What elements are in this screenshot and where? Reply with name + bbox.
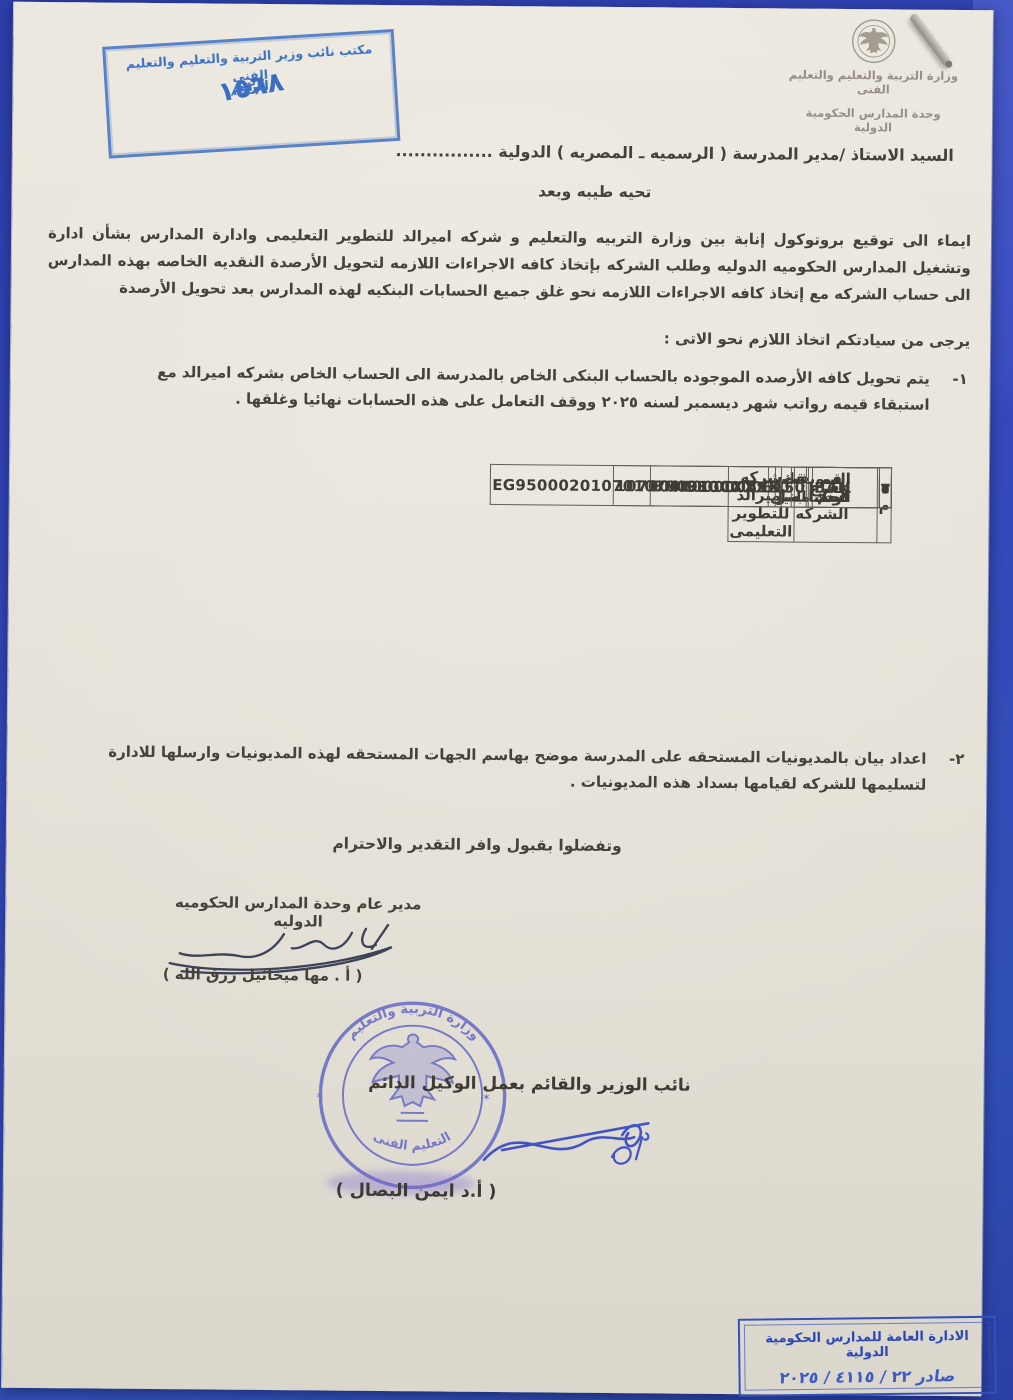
letterhead: وزارة التربية والتعليم والتعليم الفنى وح… (785, 16, 962, 135)
row-number-cell: ٥ (879, 468, 892, 508)
scanned-letter-page: مكتب نائب وزير التربية والتعليم والتعليم… (2, 2, 993, 1396)
bank-account-table: م اسم الشركه شركه اميرالد للتطوير التعلي… (59, 460, 892, 467)
salutation-line: السيد الاستاذ /مدير المدرسة ( الرسميه ـ … (395, 141, 953, 165)
stamp-ornament-left: ✶ (315, 1089, 324, 1102)
issue-stamp-title: الادارة العامة للمدارس الحكومية الدولية (749, 1329, 985, 1362)
row-value-cell: EG950002010701070001000006150 (491, 464, 807, 507)
issue-stamp: الادارة العامة للمدارس الحكومية الدولية … (738, 1316, 997, 1397)
signer1-name: ( أ . مها ميخائيل رزق الله ) (138, 965, 388, 985)
letterhead-ministry: وزارة التربية والتعليم والتعليم الفنى (785, 67, 961, 97)
list-item-1-text: يتم تحويل كافه الأرصده الموجوده بالحساب … (157, 363, 930, 414)
list-item-2-number: ٢- (949, 746, 965, 772)
official-stamp-bottom-text: التعليم الفنى (371, 1129, 454, 1155)
intro-paragraph: ايماء الى توقيع بروتوكول إنابة بين وزارة… (47, 220, 971, 309)
received-stamp-year: ٢٠م (238, 79, 264, 96)
issue-stamp-handwritten-line: صادر ٢٢ / ٤١١٥ / ٢٠٢٥ (748, 1366, 986, 1388)
request-line: يرجى من سيادتكم اتخاذ اللازم نحو الاتى : (664, 329, 970, 350)
ministry-eagle-emblem-icon (848, 17, 900, 65)
svg-text:التعليم الفنى: التعليم الفنى (371, 1129, 454, 1155)
list-item-1: ١- يتم تحويل كافه الأرصده الموجوده بالحس… (103, 359, 968, 419)
signer2-name: ( أ.د ايمن البصال ) (336, 1181, 497, 1202)
received-stamp: مكتب نائب وزير التربية والتعليم والتعليم… (102, 29, 400, 159)
row-label-cell: IBAN (807, 467, 880, 508)
signer2-initials-scribble (600, 1123, 654, 1169)
greeting-line: تحيه طيبه وبعد (538, 182, 651, 201)
letterhead-unit: وحدة المدارس الحكومية الدولية (785, 105, 961, 135)
signer2-title: نائب الوزير والقائم بعمل الوكيل الدائم (368, 1073, 691, 1096)
issue-stamp-inner: الادارة العامة للمدارس الحكومية الدولية … (744, 1322, 991, 1391)
list-item-2: ٢- اعداد بيان بالمديونيات المستحقه على ا… (77, 738, 964, 798)
list-item-2-text: اعداد بيان بالمديونيات المستحقه على المد… (108, 743, 926, 794)
table-row: ٥ IBAN EG950002010701070001000006150 (490, 464, 892, 509)
photographed-document: { "doc": { "received_stamp": { "office":… (0, 0, 1013, 1400)
closing-line: وتفضلوا بقبول وافر التقدير والاحترام (332, 835, 622, 856)
list-item-1-number: ١- (952, 366, 968, 392)
